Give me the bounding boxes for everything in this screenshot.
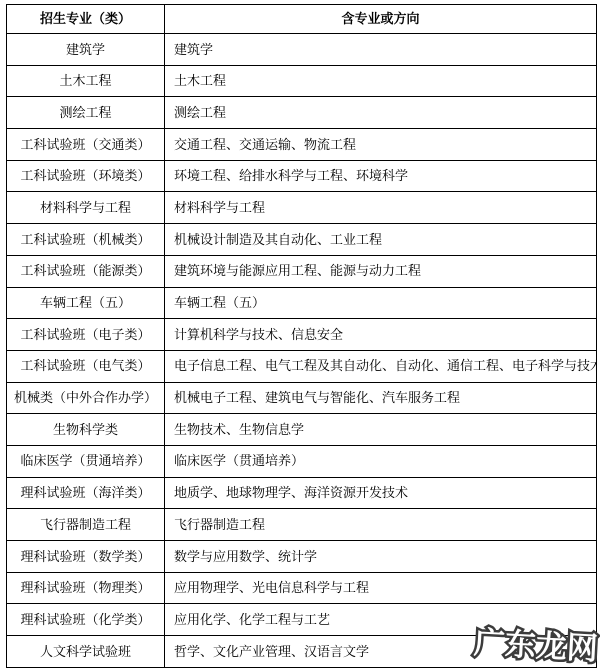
- header-major-column: 招生专业（类）: [7, 5, 165, 34]
- directions-cell: 测绘工程: [165, 97, 597, 129]
- major-cell: 工科试验班（环境类）: [7, 160, 165, 192]
- screenshot-root: 招生专业（类） 含专业或方向 建筑学建筑学土木工程土木工程测绘工程测绘工程工科试…: [0, 0, 600, 672]
- directions-cell: 地质学、地球物理学、海洋资源开发技术: [165, 477, 597, 509]
- directions-cell: 车辆工程（五）: [165, 287, 597, 319]
- header-row: 招生专业（类） 含专业或方向: [7, 5, 597, 34]
- table-row: 工科试验班（能源类）建筑环境与能源应用工程、能源与动力工程: [7, 255, 597, 287]
- table-row: 飞行器制造工程飞行器制造工程: [7, 509, 597, 541]
- major-cell: 理科试验班（物理类）: [7, 572, 165, 604]
- table-head: 招生专业（类） 含专业或方向: [7, 5, 597, 34]
- major-cell: 土木工程: [7, 65, 165, 97]
- directions-cell: 应用化学、化学工程与工艺: [165, 604, 597, 636]
- major-cell: 车辆工程（五）: [7, 287, 165, 319]
- major-cell: 测绘工程: [7, 97, 165, 129]
- directions-cell: 交通工程、交通运输、物流工程: [165, 129, 597, 161]
- directions-cell: 材料科学与工程: [165, 192, 597, 224]
- table-row: 理科试验班（化学类）应用化学、化学工程与工艺: [7, 604, 597, 636]
- table-row: 理科试验班（物理类）应用物理学、光电信息科学与工程: [7, 572, 597, 604]
- major-cell: 理科试验班（数学类）: [7, 541, 165, 573]
- major-cell: 理科试验班（海洋类）: [7, 477, 165, 509]
- directions-cell: 环境工程、给排水科学与工程、环境科学: [165, 160, 597, 192]
- table-row: 工科试验班（电子类）计算机科学与技术、信息安全: [7, 319, 597, 351]
- directions-cell: 建筑环境与能源应用工程、能源与动力工程: [165, 255, 597, 287]
- table-row: 人文科学试验班哲学、文化产业管理、汉语言文学: [7, 636, 597, 668]
- table-row: 临床医学（贯通培养）临床医学（贯通培养）: [7, 445, 597, 477]
- major-cell: 工科试验班（交通类）: [7, 129, 165, 161]
- table-row: 理科试验班（海洋类）地质学、地球物理学、海洋资源开发技术: [7, 477, 597, 509]
- header-directions-column: 含专业或方向: [165, 5, 597, 34]
- major-cell: 工科试验班（电气类）: [7, 350, 165, 382]
- table-row: 工科试验班（机械类）机械设计制造及其自动化、工业工程: [7, 224, 597, 256]
- admissions-table: 招生专业（类） 含专业或方向 建筑学建筑学土木工程土木工程测绘工程测绘工程工科试…: [6, 4, 597, 668]
- major-cell: 人文科学试验班: [7, 636, 165, 668]
- major-cell: 工科试验班（机械类）: [7, 224, 165, 256]
- major-cell: 工科试验班（电子类）: [7, 319, 165, 351]
- table-body: 建筑学建筑学土木工程土木工程测绘工程测绘工程工科试验班（交通类）交通工程、交通运…: [7, 34, 597, 668]
- table-row: 生物科学类生物技术、生物信息学: [7, 414, 597, 446]
- directions-cell: 计算机科学与技术、信息安全: [165, 319, 597, 351]
- directions-cell: 哲学、文化产业管理、汉语言文学: [165, 636, 597, 668]
- major-cell: 材料科学与工程: [7, 192, 165, 224]
- major-cell: 理科试验班（化学类）: [7, 604, 165, 636]
- major-cell: 机械类（中外合作办学）: [7, 382, 165, 414]
- directions-cell: 机械设计制造及其自动化、工业工程: [165, 224, 597, 256]
- directions-cell: 机械电子工程、建筑电气与智能化、汽车服务工程: [165, 382, 597, 414]
- table-row: 工科试验班（环境类）环境工程、给排水科学与工程、环境科学: [7, 160, 597, 192]
- directions-cell: 土木工程: [165, 65, 597, 97]
- table-row: 测绘工程测绘工程: [7, 97, 597, 129]
- table-row: 建筑学建筑学: [7, 34, 597, 66]
- directions-cell: 数学与应用数学、统计学: [165, 541, 597, 573]
- directions-cell: 临床医学（贯通培养）: [165, 445, 597, 477]
- table-row: 车辆工程（五）车辆工程（五）: [7, 287, 597, 319]
- major-cell: 临床医学（贯通培养）: [7, 445, 165, 477]
- major-cell: 飞行器制造工程: [7, 509, 165, 541]
- directions-cell: 建筑学: [165, 34, 597, 66]
- table-row: 工科试验班（电气类）电子信息工程、电气工程及其自动化、自动化、通信工程、电子科学…: [7, 350, 597, 382]
- table-row: 理科试验班（数学类）数学与应用数学、统计学: [7, 541, 597, 573]
- directions-cell: 生物技术、生物信息学: [165, 414, 597, 446]
- table-row: 工科试验班（交通类）交通工程、交通运输、物流工程: [7, 129, 597, 161]
- directions-cell: 应用物理学、光电信息科学与工程: [165, 572, 597, 604]
- major-cell: 工科试验班（能源类）: [7, 255, 165, 287]
- major-cell: 建筑学: [7, 34, 165, 66]
- directions-cell: 飞行器制造工程: [165, 509, 597, 541]
- table-row: 机械类（中外合作办学）机械电子工程、建筑电气与智能化、汽车服务工程: [7, 382, 597, 414]
- table-row: 材料科学与工程材料科学与工程: [7, 192, 597, 224]
- table-row: 土木工程土木工程: [7, 65, 597, 97]
- directions-cell: 电子信息工程、电气工程及其自动化、自动化、通信工程、电子科学与技术: [165, 350, 597, 382]
- major-cell: 生物科学类: [7, 414, 165, 446]
